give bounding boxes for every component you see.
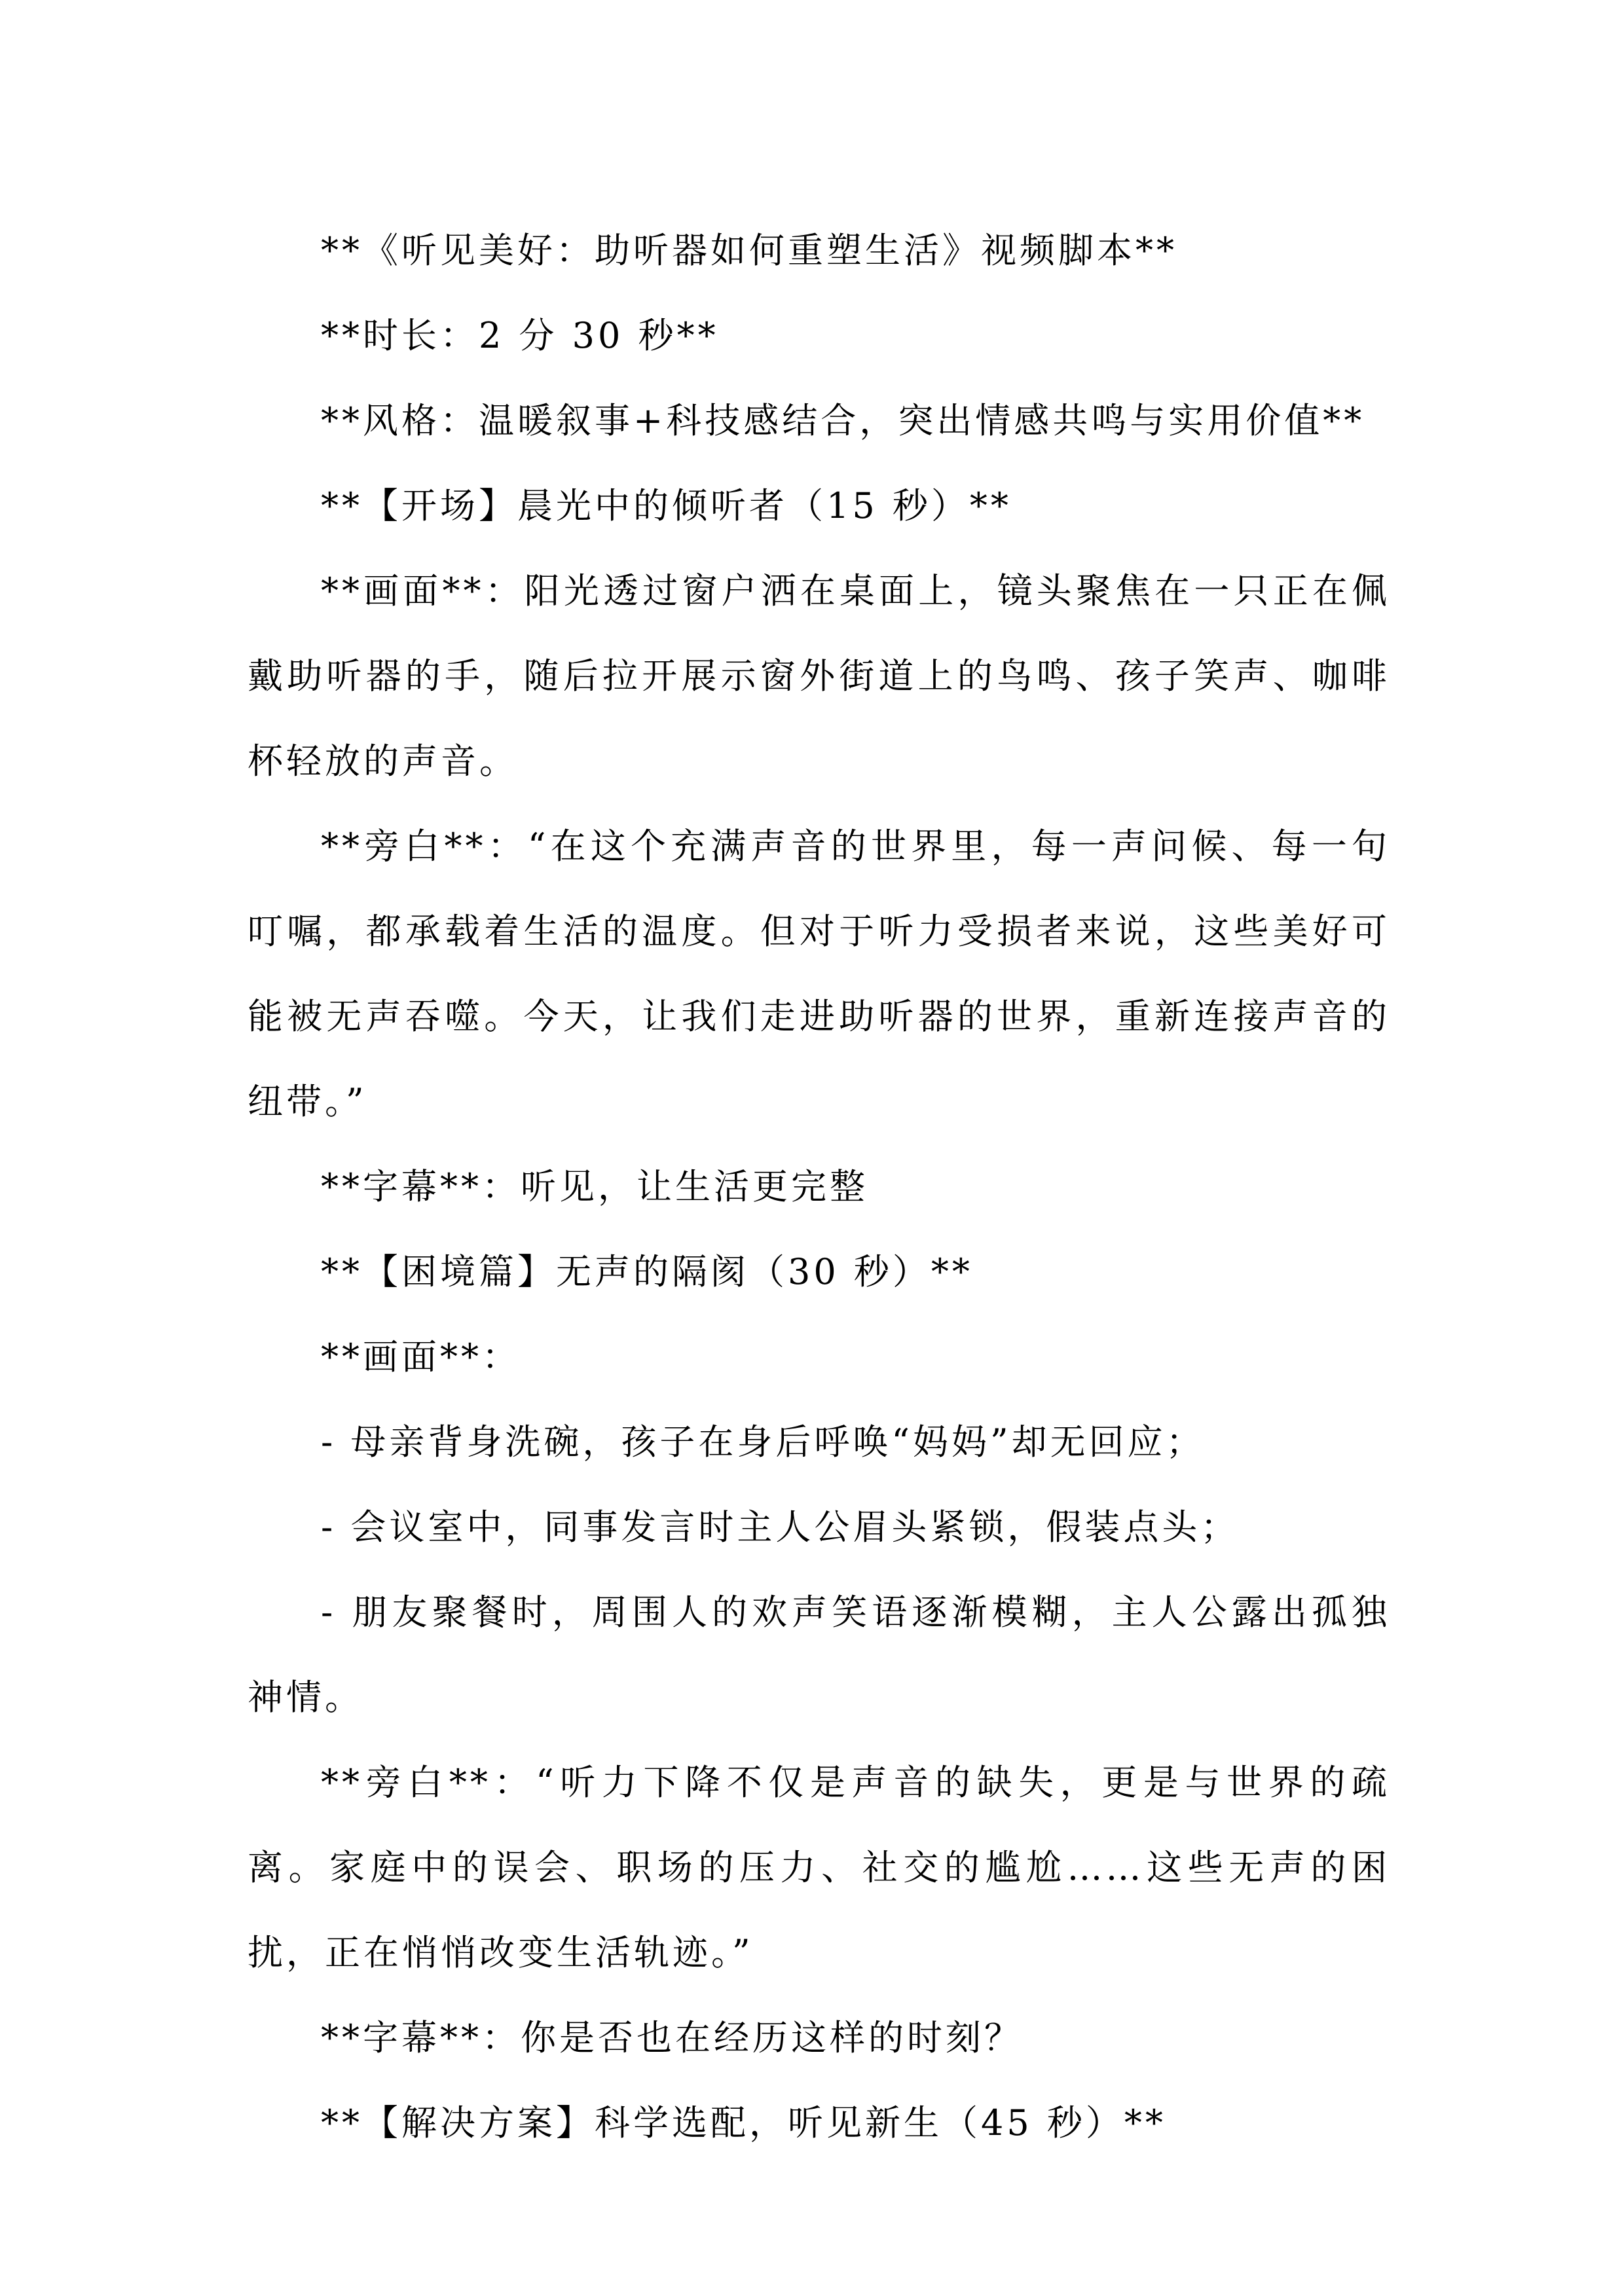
caption-line: **字幕**：你是否也在经历这样的时刻？ (248, 1995, 1390, 2081)
caption-line: **字幕**：听见，让生活更完整 (248, 1144, 1390, 1230)
section-heading-solution: **【解决方案】科学选配，听见新生（45 秒）** (248, 2081, 1390, 2166)
narration-paragraph: **旁白**：“听力下降不仅是声音的缺失，更是与世界的疏离。家庭中的误会、职场的… (248, 1740, 1390, 1995)
bullet-item: - 会议室中，同事发言时主人公眉头紧锁，假装点头； (248, 1485, 1390, 1570)
duration-line: **时长：2 分 30 秒** (248, 293, 1390, 378)
bullet-item: - 母亲背身洗碗，孩子在身后呼唤“妈妈”却无回应； (248, 1400, 1390, 1485)
bullet-item: - 朋友聚餐时，周围人的欢声笑语逐渐模糊，主人公露出孤独神情。 (248, 1570, 1390, 1740)
style-line: **风格：温暖叙事+科技感结合，突出情感共鸣与实用价值** (248, 378, 1390, 464)
section-heading-dilemma: **【困境篇】无声的隔阂（30 秒）** (248, 1230, 1390, 1315)
scene-label: **画面**： (248, 1315, 1390, 1400)
document-page: **《听见美好：助听器如何重塑生活》视频脚本** **时长：2 分 30 秒**… (248, 208, 1390, 2166)
section-heading-opening: **【开场】晨光中的倾听者（15 秒）** (248, 464, 1390, 549)
document-title: **《听见美好：助听器如何重塑生活》视频脚本** (248, 208, 1390, 293)
narration-paragraph: **旁白**：“在这个充满声音的世界里，每一声问候、每一句叮嘱，都承载着生活的温… (248, 804, 1390, 1144)
scene-description: **画面**：阳光透过窗户洒在桌面上，镜头聚焦在一只正在佩戴助听器的手，随后拉开… (248, 549, 1390, 804)
